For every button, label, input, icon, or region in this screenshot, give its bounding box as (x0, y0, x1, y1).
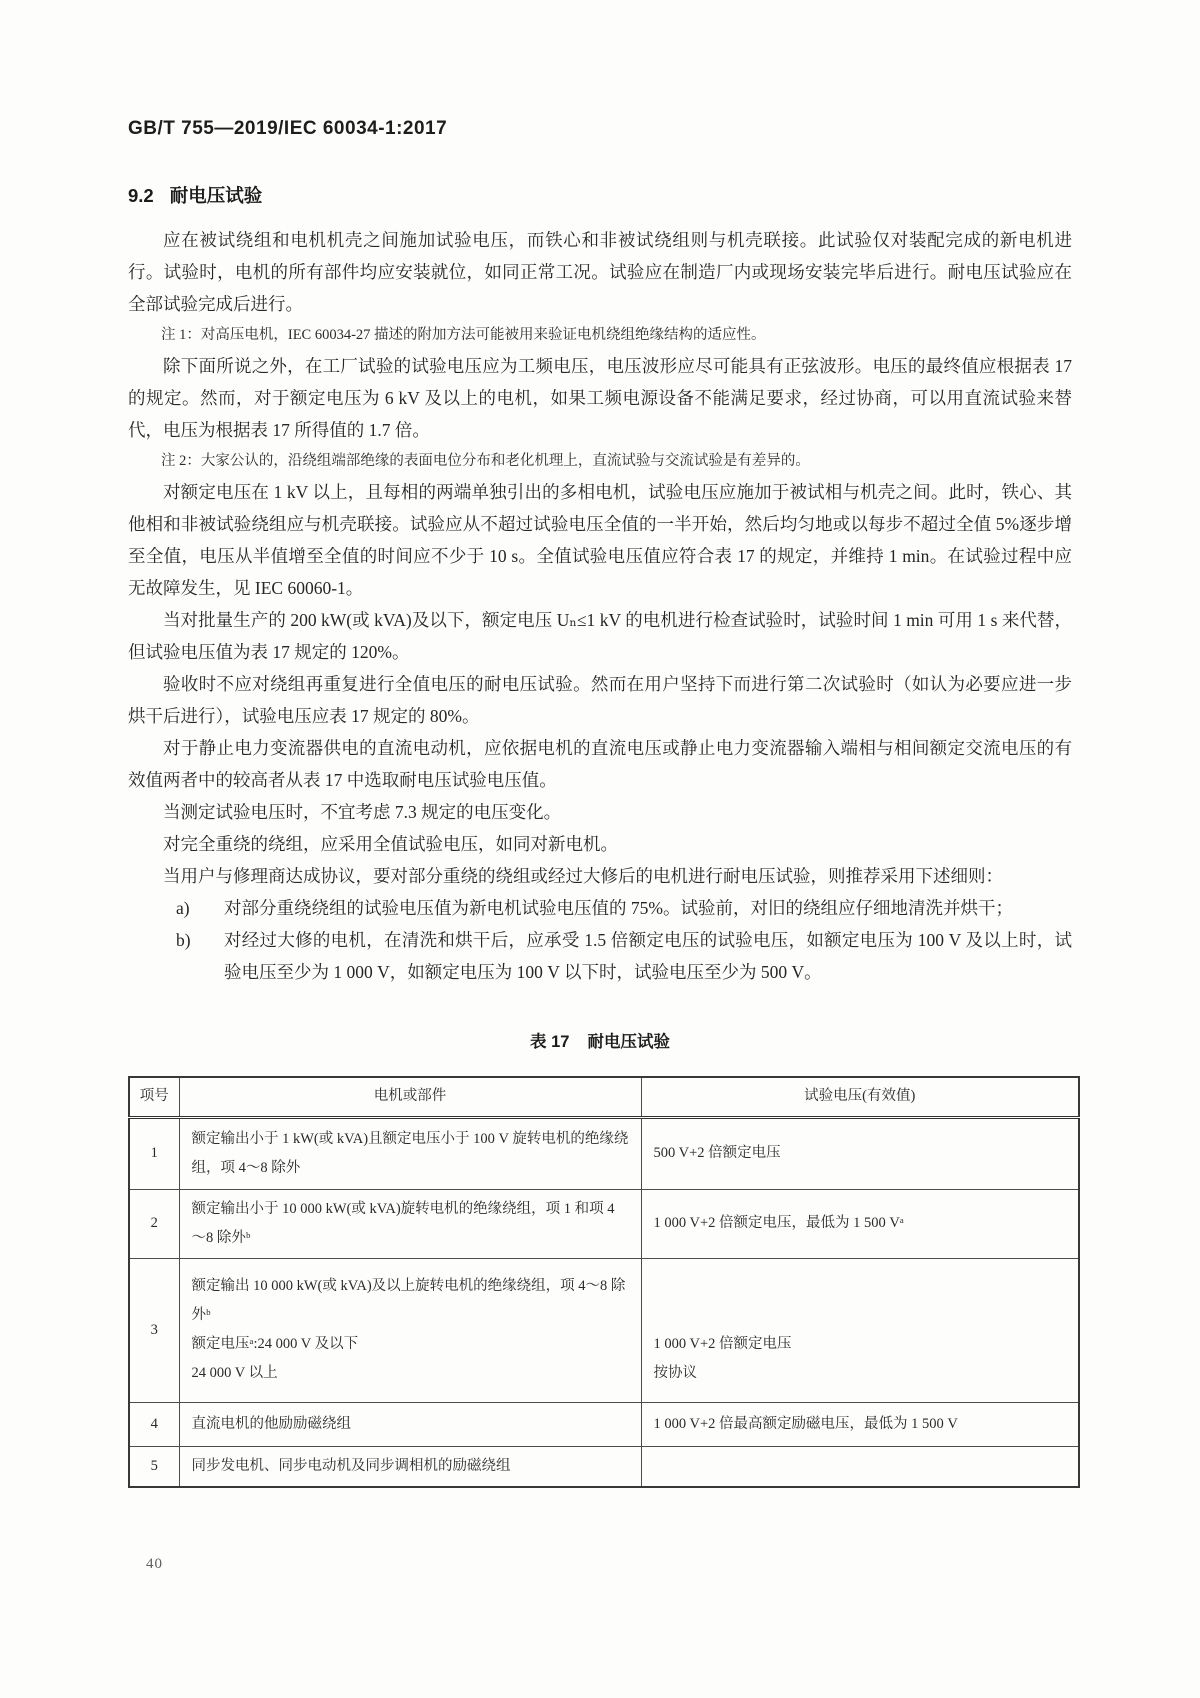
header-cell-item-no: 项号 (129, 1077, 179, 1117)
table-caption-title: 耐电压试验 (587, 1033, 670, 1051)
body-paragraph-7: 当测定试验电压时，不宜考虑 7.3 规定的电压变化。 (128, 796, 1072, 828)
section-heading: 9.2耐电压试验 (128, 182, 1072, 208)
cell-voltage: 1 000 V+2 倍额定电压，最低为 1 500 Vᵃ (641, 1189, 1079, 1258)
table-caption: 表 17耐电压试验 (128, 1028, 1072, 1052)
header-cell-test-voltage: 试验电压(有效值) (641, 1077, 1079, 1117)
body-paragraph-1: 应在被试绕组和电机机壳之间施加试验电压，而铁心和非被试绕组则与机壳联接。此试验仅… (128, 224, 1072, 320)
body-paragraph-4: 当对批量生产的 200 kW(或 kVA)及以下，额定电压 Uₙ≤1 kV 的电… (128, 604, 1072, 668)
note-1: 注 1：对高压电机，IEC 60034-27 描述的附加方法可能被用来验证电机绕… (128, 321, 1072, 349)
voltage-line: 按协议 (654, 1359, 1067, 1388)
table-row: 3 额定输出 10 000 kW(或 kVA)及以上旋转电机的绝缘绕组，项 4～… (129, 1258, 1079, 1402)
cell-item-no: 3 (129, 1258, 179, 1402)
cell-voltage: 1 000 V+2 倍额定电压 按协议 (641, 1258, 1079, 1402)
cell-device: 同步发电机、同步电动机及同步调相机的励磁绕组 (179, 1446, 641, 1487)
cell-item-no: 1 (129, 1117, 179, 1189)
section-title: 耐电压试验 (170, 185, 263, 206)
table-row: 4 直流电机的他励励磁绕组 1 000 V+2 倍最高额定励磁电压，最低为 1 … (129, 1402, 1079, 1446)
cell-device: 直流电机的他励励磁绕组 (179, 1402, 641, 1446)
standard-number: GB/T 755—2019/IEC 60034-1:2017 (128, 118, 1072, 140)
body-paragraph-8: 对完全重绕的绕组，应采用全值试验电压，如同对新电机。 (128, 828, 1072, 860)
body-paragraph-5: 验收时不应对绕组再重复进行全值电压的耐电压试验。然而在用户坚持下而进行第二次试验… (128, 668, 1072, 732)
list-marker-b: b) (176, 924, 191, 956)
table-row: 5 同步发电机、同步电动机及同步调相机的励磁绕组 (129, 1446, 1079, 1487)
table-row: 1 额定输出小于 1 kW(或 kVA)且额定电压小于 100 V 旋转电机的绝… (129, 1117, 1079, 1189)
table-header-row: 项号 电机或部件 试验电压(有效值) (129, 1077, 1079, 1117)
list-item-a-text: 对部分重绕绕组的试验电压值为新电机试验电压值的 75%。试验前，对旧的绕组应仔细… (224, 898, 1013, 918)
table-caption-label: 表 17 (530, 1033, 569, 1051)
cell-voltage: 500 V+2 倍额定电压 (641, 1117, 1079, 1189)
device-line: 24 000 V 以上 (192, 1359, 629, 1388)
header-cell-machine-or-part: 电机或部件 (179, 1077, 641, 1117)
page-number: 40 (146, 1556, 163, 1573)
cell-item-no: 4 (129, 1402, 179, 1446)
cell-device: 额定输出 10 000 kW(或 kVA)及以上旋转电机的绝缘绕组，项 4～8 … (179, 1258, 641, 1402)
cell-voltage: 1 000 V+2 倍最高额定励磁电压，最低为 1 500 V (641, 1402, 1079, 1446)
section-number: 9.2 (128, 185, 154, 206)
list-item-b-text: 对经过大修的电机，在清洗和烘干后，应承受 1.5 倍额定电压的试验电压，如额定电… (224, 930, 1072, 982)
body-paragraph-3: 对额定电压在 1 kV 以上，且每相的两端单独引出的多相电机，试验电压应施加于被… (128, 476, 1072, 604)
cell-item-no: 5 (129, 1446, 179, 1487)
body-paragraph-6: 对于静止电力变流器供电的直流电动机，应依据电机的直流电压或静止电力变流器输入端相… (128, 732, 1072, 796)
device-line: 额定输出 10 000 kW(或 kVA)及以上旋转电机的绝缘绕组，项 4～8 … (192, 1272, 629, 1330)
voltage-line: 1 000 V+2 倍额定电压 (654, 1330, 1067, 1359)
cell-device: 额定输出小于 1 kW(或 kVA)且额定电压小于 100 V 旋转电机的绝缘绕… (179, 1117, 641, 1189)
withstand-voltage-table: 项号 电机或部件 试验电压(有效值) 1 额定输出小于 1 kW(或 kVA)且… (128, 1076, 1080, 1488)
table-row: 2 额定输出小于 10 000 kW(或 kVA)旋转电机的绝缘绕组，项 1 和… (129, 1189, 1079, 1258)
cell-item-no: 2 (129, 1189, 179, 1258)
list-item-a: a) 对部分重绕绕组的试验电压值为新电机试验电压值的 75%。试验前，对旧的绕组… (128, 892, 1072, 924)
cell-voltage (641, 1446, 1079, 1487)
body-paragraph-2: 除下面所说之外，在工厂试验的试验电压应为工频电压，电压波形应尽可能具有正弦波形。… (128, 350, 1072, 446)
list-item-b: b) 对经过大修的电机，在清洗和烘干后，应承受 1.5 倍额定电压的试验电压，如… (128, 924, 1072, 988)
list-marker-a: a) (176, 892, 190, 924)
document-page: GB/T 755—2019/IEC 60034-1:2017 9.2耐电压试验 … (0, 0, 1200, 1698)
note-2: 注 2：大家公认的，沿绕组端部绝缘的表面电位分布和老化机理上，直流试验与交流试验… (128, 447, 1072, 475)
voltage-spacer (654, 1272, 1067, 1330)
body-paragraph-9: 当用户与修理商达成协议，要对部分重绕的绕组或经过大修后的电机进行耐电压试验，则推… (128, 860, 1072, 892)
cell-device: 额定输出小于 10 000 kW(或 kVA)旋转电机的绝缘绕组，项 1 和项 … (179, 1189, 641, 1258)
device-line: 额定电压ᵃ:24 000 V 及以下 (192, 1330, 629, 1359)
